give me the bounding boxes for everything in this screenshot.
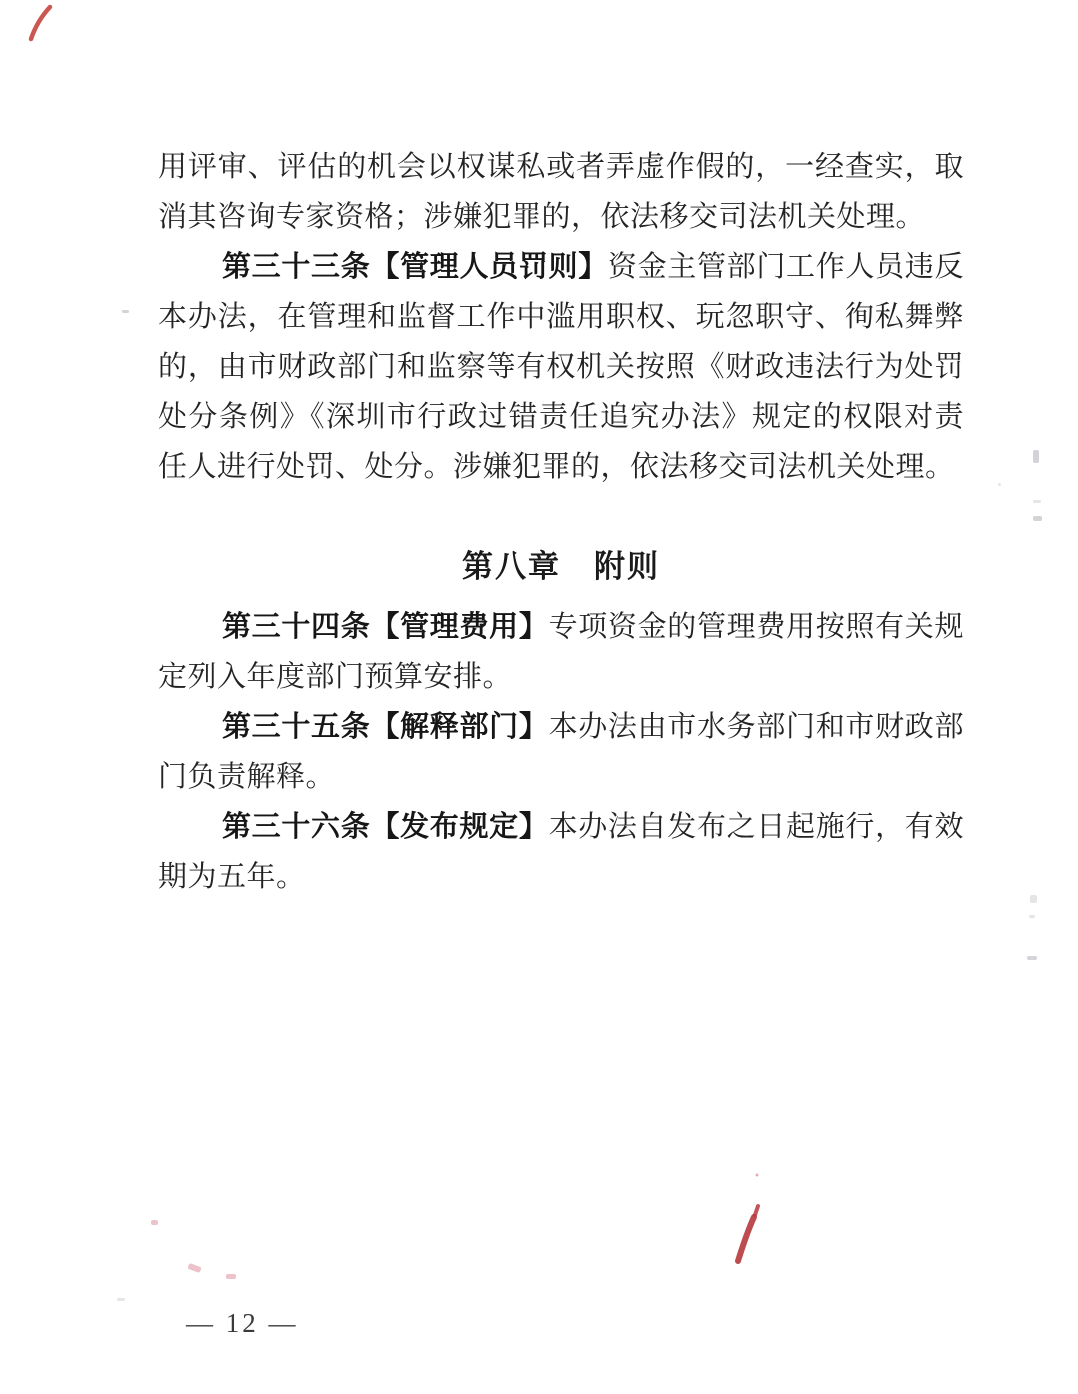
paragraph-article-35: 第三十五条【解释部门】本办法由市水务部门和市财政部门负责解释。 <box>158 702 964 802</box>
red-pen-mark-bottom-tip <box>755 1206 758 1215</box>
document-body: 用评审、评估的机会以权谋私或者弄虚作假的，一经查实，取消其咨询专家资格；涉嫌犯罪… <box>158 142 964 902</box>
scan-artifact <box>1033 516 1042 521</box>
scan-artifact <box>1029 915 1035 918</box>
article-33-lead: 第三十三条【管理人员罚则】 <box>222 251 608 283</box>
red-speck <box>151 1220 158 1225</box>
scan-artifact <box>1027 956 1037 960</box>
scan-artifact <box>998 483 1001 486</box>
scan-artifact <box>1033 450 1039 463</box>
scan-artifact <box>1030 895 1037 903</box>
red-pen-mark-top-left <box>31 7 50 39</box>
paragraph-article-33: 第三十三条【管理人员罚则】资金主管部门工作人员违反本办法，在管理和监督工作中滥用… <box>158 242 964 492</box>
paragraph-article-36: 第三十六条【发布规定】本办法自发布之日起施行，有效期为五年。 <box>158 802 964 902</box>
page-number: — 12 — <box>186 1308 299 1339</box>
red-speck <box>187 1263 201 1273</box>
scan-artifact <box>122 310 129 313</box>
red-speck <box>756 1174 759 1177</box>
paragraph-continuation: 用评审、评估的机会以权谋私或者弄虚作假的，一经查实，取消其咨询专家资格；涉嫌犯罪… <box>158 142 964 242</box>
red-speck <box>226 1274 236 1279</box>
chapter-heading: 第八章 附则 <box>158 542 964 592</box>
red-pen-mark-bottom <box>738 1217 754 1261</box>
article-36-lead: 第三十六条【发布规定】 <box>222 811 549 843</box>
scan-artifact <box>1033 500 1041 503</box>
article-34-lead: 第三十四条【管理费用】 <box>222 611 549 643</box>
article-33-body: 资金主管部门工作人员违反本办法，在管理和监督工作中滥用职权、玩忽职守、徇私舞弊的… <box>158 251 964 483</box>
scan-artifact <box>117 1298 125 1301</box>
article-35-lead: 第三十五条【解释部门】 <box>222 711 549 743</box>
paragraph-article-34: 第三十四条【管理费用】专项资金的管理费用按照有关规定列入年度部门预算安排。 <box>158 602 964 702</box>
scanned-document-page: 用评审、评估的机会以权谋私或者弄虚作假的，一经查实，取消其咨询专家资格；涉嫌犯罪… <box>0 0 1078 1394</box>
